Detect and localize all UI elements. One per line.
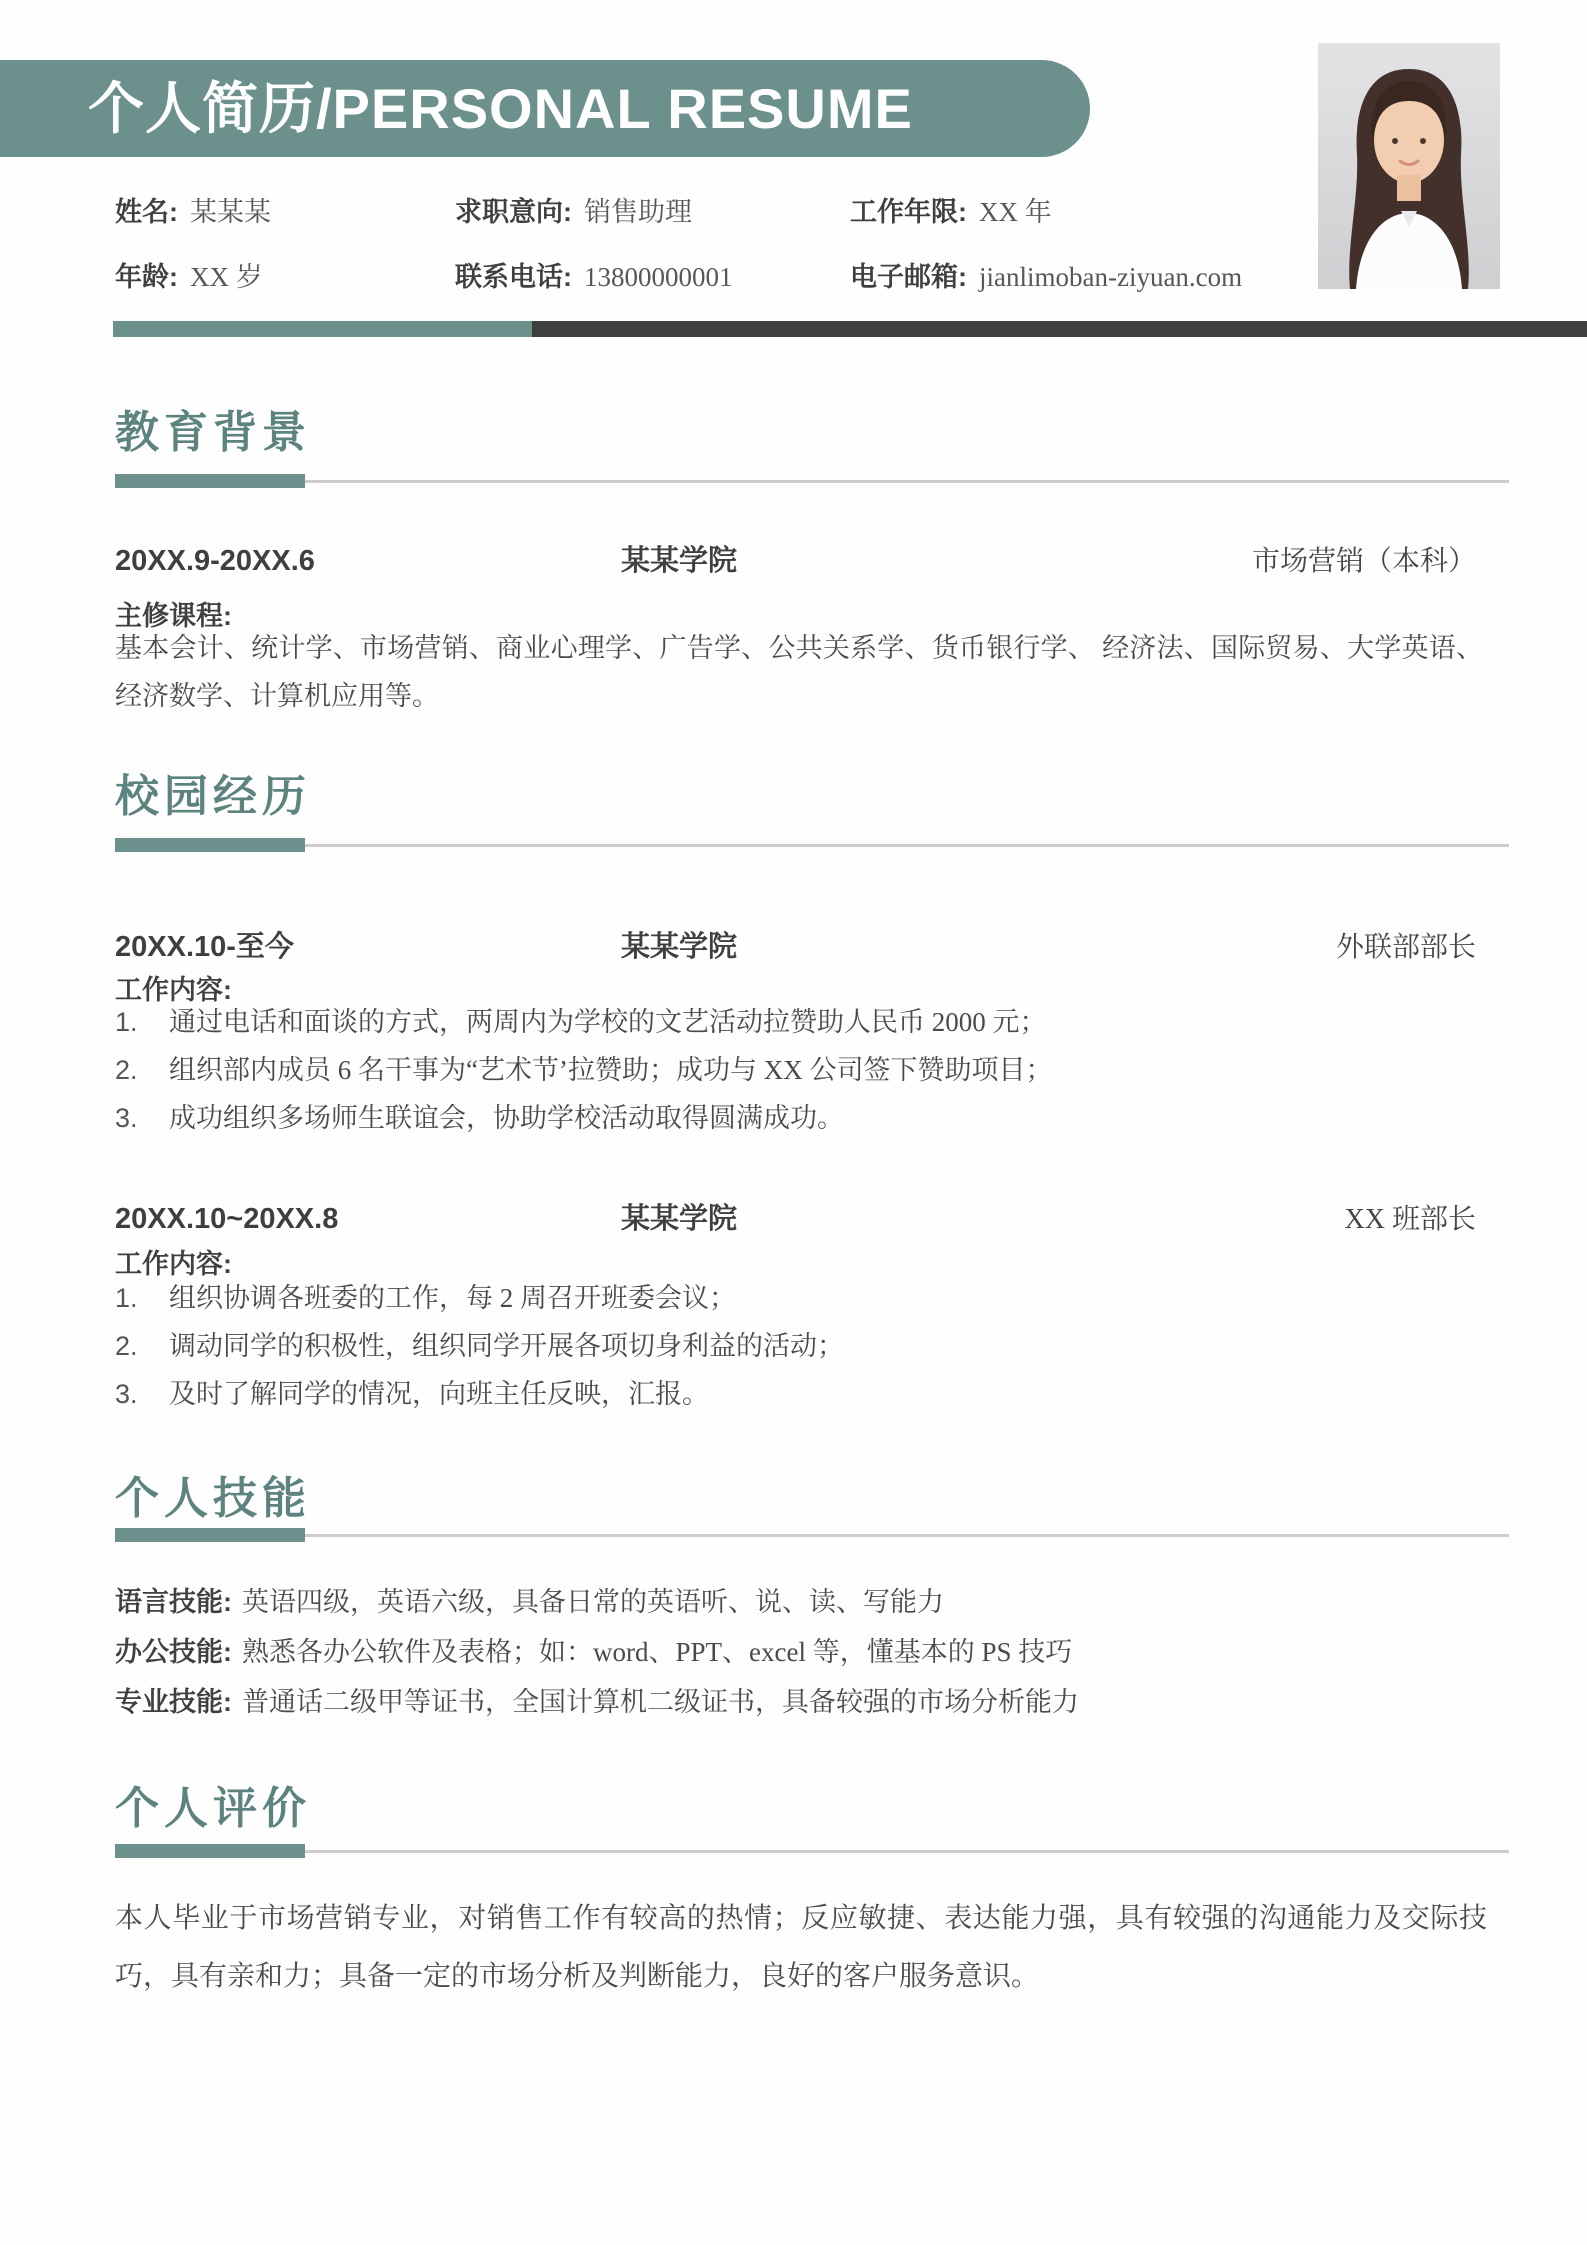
campus-school: 某某学院 bbox=[621, 1196, 1345, 1237]
skill-row-professional: 专业技能:普通话二级甲等证书，全国计算机二级证书，具备较强的市场分析能力 bbox=[115, 1680, 1079, 1719]
list-item: 2. 调动同学的积极性，组织同学开展各项切身利益的活动； bbox=[115, 1322, 1483, 1370]
list-item-text: 及时了解同学的情况，向班主任反映，汇报。 bbox=[169, 1370, 709, 1418]
rule-line bbox=[305, 844, 1509, 847]
info-label: 姓名: bbox=[115, 197, 178, 227]
divider-dark-segment bbox=[532, 321, 1587, 337]
portrait-photo bbox=[1318, 43, 1500, 289]
skill-row-office: 办公技能:熟悉各办公软件及表格；如：word、PPT、excel 等，懂基本的 … bbox=[115, 1630, 1072, 1669]
section-rule-campus bbox=[115, 838, 1509, 852]
section-title-skills: 个人技能 bbox=[115, 1462, 311, 1526]
skill-label: 专业技能: bbox=[115, 1687, 232, 1717]
info-value: 某某某 bbox=[190, 197, 271, 227]
evaluation-text: 本人毕业于市场营销专业，对销售工作有较高的热情；反应敏捷、表达能力强，具有较强的… bbox=[115, 1890, 1487, 2006]
campus-role: 外联部部长 bbox=[1336, 925, 1476, 965]
list-item-number: 3. bbox=[115, 1094, 169, 1142]
list-item: 3. 成功组织多场师生联谊会，协助学校活动取得圆满成功。 bbox=[115, 1094, 1483, 1142]
rule-line bbox=[305, 1850, 1509, 1853]
list-item-text: 组织部内成员 6 名干事为“艺术节’拉赞助；成功与 XX 公司签下赞助项目； bbox=[169, 1046, 1052, 1094]
info-label: 工作年限: bbox=[850, 197, 967, 227]
section-title-campus: 校园经历 bbox=[115, 760, 311, 824]
skill-label: 办公技能: bbox=[115, 1637, 232, 1667]
list-item-number: 2. bbox=[115, 1046, 169, 1094]
info-value: 13800000001 bbox=[584, 262, 733, 292]
list-item-text: 成功组织多场师生联谊会，协助学校活动取得圆满成功。 bbox=[169, 1094, 844, 1142]
portrait-illustration bbox=[1318, 43, 1500, 289]
list-item-number: 1. bbox=[115, 1274, 169, 1322]
info-value: XX 岁 bbox=[190, 262, 263, 292]
rule-line bbox=[305, 1534, 1509, 1537]
info-field-phone: 联系电话:13800000001 bbox=[455, 255, 850, 294]
section-title-evaluation: 个人评价 bbox=[115, 1772, 311, 1836]
list-item-number: 2. bbox=[115, 1322, 169, 1370]
campus-work-list: 1. 通过电话和面谈的方式，两周内为学校的文艺活动拉赞助人民币 2000 元； … bbox=[115, 998, 1483, 1142]
campus-entry-row: 20XX.10-至今 某某学院 外联部部长 bbox=[115, 924, 1476, 965]
campus-entry-row: 20XX.10~20XX.8 某某学院 XX 班部长 bbox=[115, 1196, 1476, 1237]
education-period: 20XX.9-20XX.6 bbox=[115, 545, 621, 578]
education-school: 某某学院 bbox=[621, 538, 1252, 579]
list-item: 1. 通过电话和面谈的方式，两周内为学校的文艺活动拉赞助人民币 2000 元； bbox=[115, 998, 1483, 1046]
education-entry-row: 20XX.9-20XX.6 某某学院 市场营销（本科） bbox=[115, 538, 1476, 579]
rule-accent bbox=[115, 1528, 305, 1542]
list-item-number: 3. bbox=[115, 1370, 169, 1418]
rule-line bbox=[305, 480, 1509, 483]
skill-text: 熟悉各办公软件及表格；如：word、PPT、excel 等，懂基本的 PS 技巧 bbox=[242, 1637, 1072, 1667]
info-value: 销售助理 bbox=[584, 197, 692, 227]
info-field-objective: 求职意向:销售助理 bbox=[455, 190, 850, 229]
skill-row-language: 语言技能:英语四级，英语六级，具备日常的英语听、说、读、写能力 bbox=[115, 1580, 944, 1619]
info-value: XX 年 bbox=[979, 197, 1052, 227]
list-item: 2. 组织部内成员 6 名干事为“艺术节’拉赞助；成功与 XX 公司签下赞助项目… bbox=[115, 1046, 1483, 1094]
info-label: 电子邮箱: bbox=[850, 262, 967, 292]
info-field-experience-years: 工作年限:XX 年 bbox=[850, 190, 1315, 229]
section-rule-evaluation bbox=[115, 1844, 1509, 1858]
page-title: 个人简历/PERSONAL RESUME bbox=[0, 60, 1090, 157]
header-divider bbox=[0, 321, 1587, 337]
skill-text: 英语四级，英语六级，具备日常的英语听、说、读、写能力 bbox=[242, 1587, 944, 1617]
info-label: 年龄: bbox=[115, 262, 178, 292]
rule-accent bbox=[115, 474, 305, 488]
skill-text: 普通话二级甲等证书，全国计算机二级证书，具备较强的市场分析能力 bbox=[242, 1687, 1079, 1717]
list-item-text: 通过电话和面谈的方式，两周内为学校的文艺活动拉赞助人民币 2000 元； bbox=[169, 998, 1047, 1046]
campus-role: XX 班部长 bbox=[1345, 1197, 1476, 1237]
info-label: 求职意向: bbox=[455, 197, 572, 227]
campus-period: 20XX.10~20XX.8 bbox=[115, 1203, 621, 1236]
info-field-email: 电子邮箱:jianlimoban-ziyuan.com bbox=[850, 255, 1315, 294]
info-field-name: 姓名:某某某 bbox=[115, 190, 455, 229]
campus-period: 20XX.10-至今 bbox=[115, 924, 621, 965]
basic-info-grid: 姓名:某某某 求职意向:销售助理 工作年限:XX 年 年龄:XX 岁 联系电话:… bbox=[115, 190, 1315, 294]
info-label: 联系电话: bbox=[455, 262, 572, 292]
resume-page: 个人简历/PERSONAL RESUME 姓名:某某某 bbox=[0, 0, 1587, 2245]
section-title-education: 教育背景 bbox=[115, 396, 311, 460]
divider-teal-segment bbox=[113, 321, 532, 337]
info-value: jianlimoban-ziyuan.com bbox=[979, 262, 1242, 292]
rule-accent bbox=[115, 838, 305, 852]
list-item-number: 1. bbox=[115, 998, 169, 1046]
courses-text: 基本会计、统计学、市场营销、商业心理学、广告学、公共关系学、货币银行学、 经济法… bbox=[115, 624, 1483, 720]
skill-label: 语言技能: bbox=[115, 1587, 232, 1617]
campus-work-list: 1. 组织协调各班委的工作，每 2 周召开班委会议； 2. 调动同学的积极性，组… bbox=[115, 1274, 1483, 1418]
campus-school: 某某学院 bbox=[621, 924, 1336, 965]
section-rule-skills bbox=[115, 1528, 1509, 1542]
list-item-text: 组织协调各班委的工作，每 2 周召开班委会议； bbox=[169, 1274, 736, 1322]
rule-accent bbox=[115, 1844, 305, 1858]
list-item-text: 调动同学的积极性，组织同学开展各项切身利益的活动； bbox=[169, 1322, 844, 1370]
header-banner: 个人简历/PERSONAL RESUME bbox=[0, 60, 1090, 157]
info-field-age: 年龄:XX 岁 bbox=[115, 255, 455, 294]
education-major: 市场营销（本科） bbox=[1252, 539, 1476, 579]
section-rule-education bbox=[115, 474, 1509, 488]
list-item: 3. 及时了解同学的情况，向班主任反映，汇报。 bbox=[115, 1370, 1483, 1418]
list-item: 1. 组织协调各班委的工作，每 2 周召开班委会议； bbox=[115, 1274, 1483, 1322]
